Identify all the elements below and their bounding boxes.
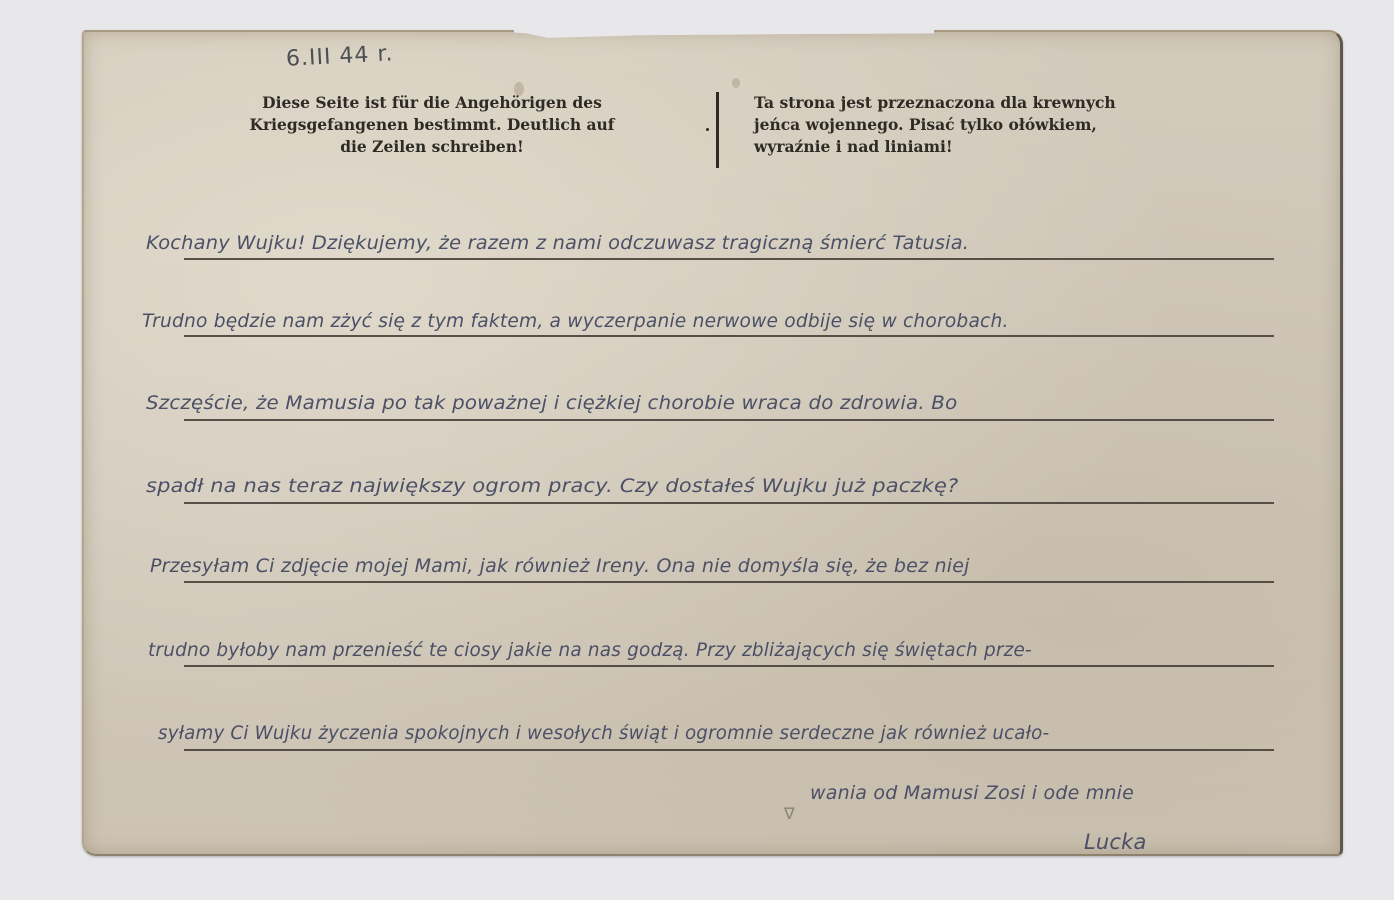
postcard: 6.III 44 r. Diese Seite ist für die Ange… (82, 30, 1343, 856)
writing-rule (184, 581, 1274, 583)
polish-line-3: wyraźnie i nad liniami! (754, 136, 1254, 158)
handwritten-line-5: Przesyłam Ci zdjęcie mojej Mami, jak rów… (150, 555, 970, 577)
german-line-3: die Zeilen schreiben! (182, 136, 682, 158)
handwritten-line-2: Trudno będzie nam zżyć się z tym faktem,… (142, 310, 1009, 332)
handwritten-line-1: Kochany Wujku! Dziękujemy, że razem z na… (146, 232, 969, 254)
printed-instructions-polish: Ta strona jest przeznaczona dla krewnych… (754, 92, 1254, 158)
handwritten-line-4: spadł na nas teraz największy ogrom prac… (146, 475, 958, 497)
header-divider (716, 92, 719, 168)
printed-instructions-german: Diese Seite ist für die Angehörigen des … (182, 92, 682, 158)
divider-dot (706, 128, 709, 131)
writing-rule (184, 502, 1274, 504)
paper-stain (732, 78, 740, 88)
writing-rule (184, 335, 1274, 337)
writing-rule (184, 749, 1274, 751)
writing-rule (184, 665, 1274, 667)
polish-line-2: jeńca wojennego. Pisać tylko ołówkiem, (754, 114, 1254, 136)
faint-mark: ∇ (784, 804, 795, 823)
signature: Lucka (1084, 830, 1147, 854)
polish-line-1: Ta strona jest przeznaczona dla krewnych (754, 92, 1254, 114)
handwritten-line-6: trudno byłoby nam przenieść te ciosy jak… (148, 639, 1032, 661)
handwritten-line-3: Szczęście, że Mamusia po tak poważnej i … (146, 392, 957, 414)
writing-rule (184, 419, 1274, 421)
handwritten-line-7: syłamy Ci Wujku życzenia spokojnych i we… (158, 722, 1049, 744)
writing-rule (184, 258, 1274, 260)
german-line-1: Diese Seite ist für die Angehörigen des (182, 92, 682, 114)
german-line-2: Kriegsgefangenen bestimmt. Deutlich auf (182, 114, 682, 136)
handwritten-line-8: wania od Mamusi Zosi i ode mnie (810, 782, 1134, 804)
handwritten-date: 6.III 44 r. (285, 41, 394, 72)
torn-edge (514, 28, 934, 46)
